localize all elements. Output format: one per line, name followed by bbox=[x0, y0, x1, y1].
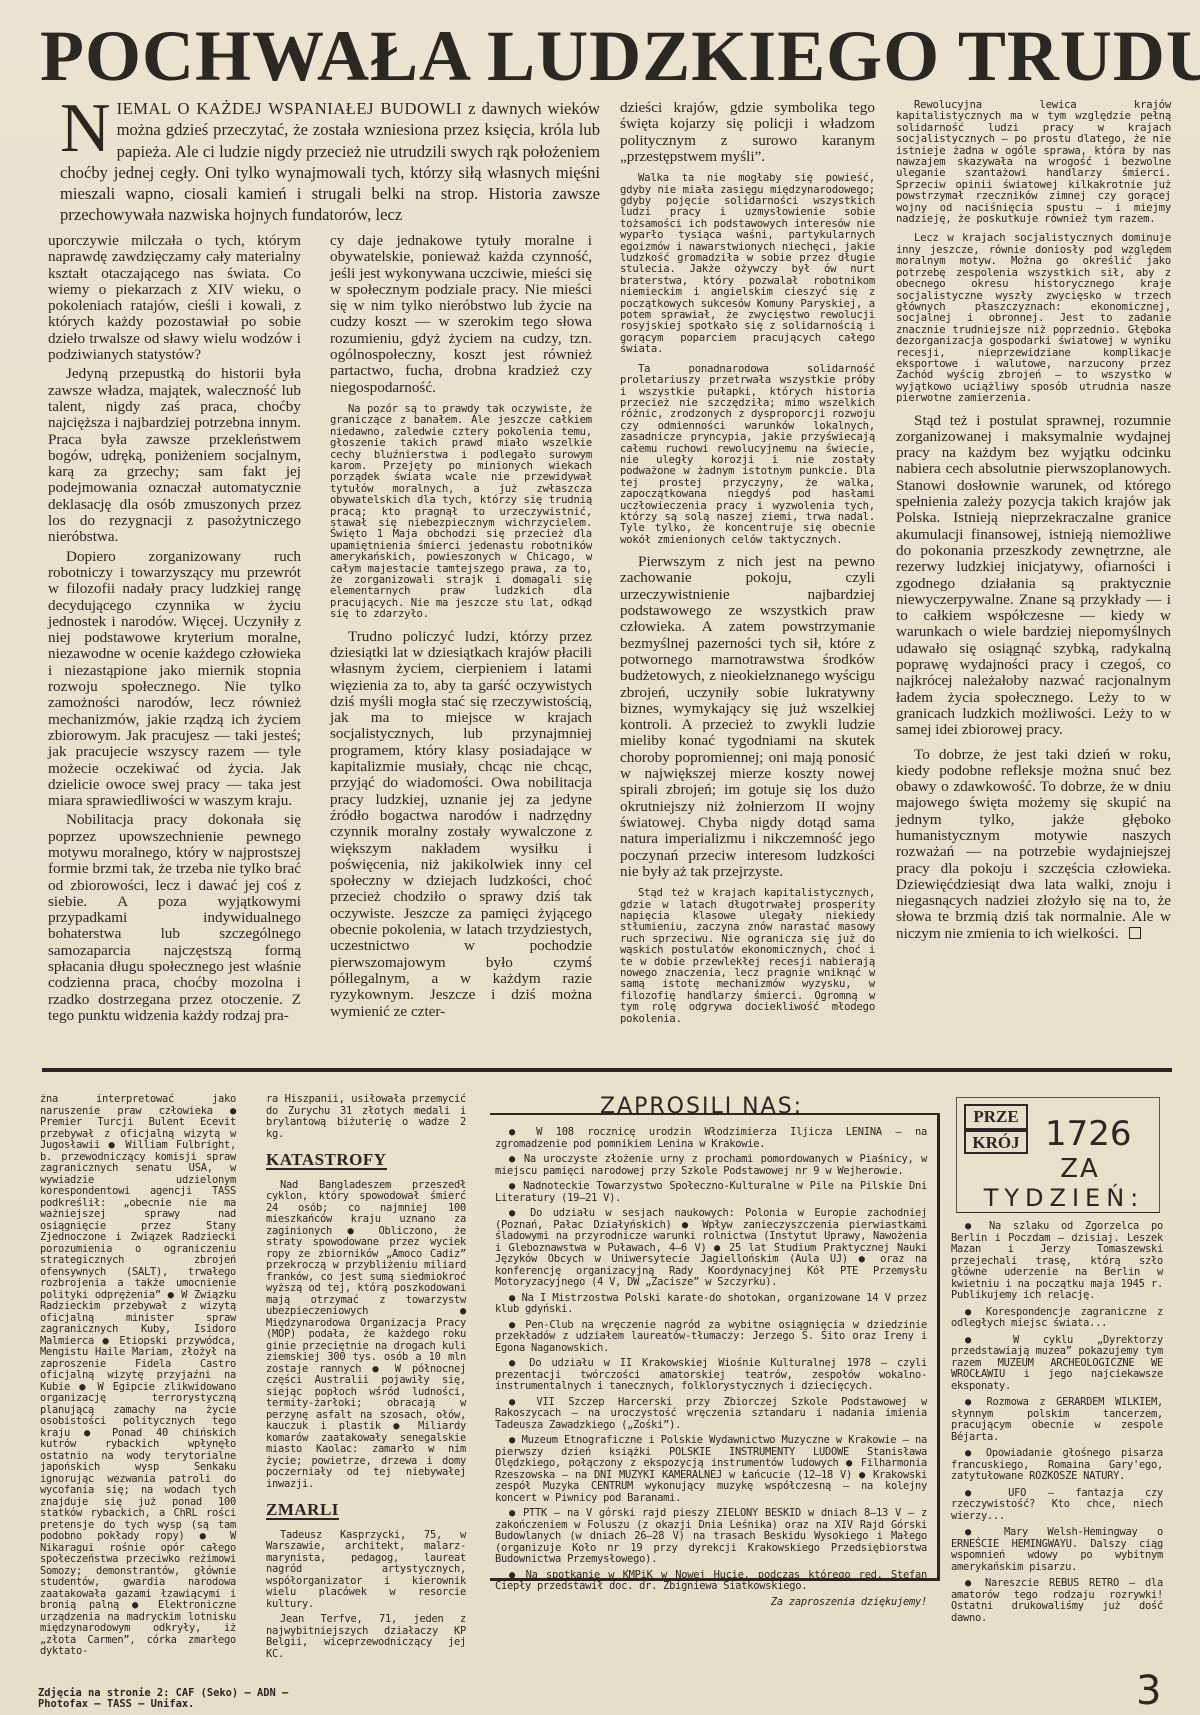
next-issue-item: ● Mary Welsh-Hemingway o ERNEŚCIE HEMING… bbox=[951, 1527, 1163, 1573]
invitation-item: ● Muzeum Etnograficzne i Polskie Wydawni… bbox=[495, 1435, 927, 1504]
news-text-continued: ra Hiszpanii, usiłowała przemycić do Zur… bbox=[266, 1094, 466, 1140]
next-issue-item: ● Nareszcie REBUS RETRO — dla amatorów t… bbox=[951, 1578, 1163, 1624]
article-lead: NIEMAL O KAŻDEJ WSPANIAŁEJ BUDOWLI z daw… bbox=[60, 98, 600, 226]
paragraph: Pierwszym z nich jest na pewno zachowani… bbox=[620, 554, 875, 880]
paragraph: Dopiero zorganizowany ruch robotniczy i … bbox=[48, 549, 301, 810]
article-column-3: dzieści krajów, gdzie symbolika tego świ… bbox=[620, 100, 875, 1028]
paragraph: uporczywie milczała o tych, którym napra… bbox=[48, 233, 301, 363]
paragraph-small: Lecz w krajach socjalistycznych dominuje… bbox=[896, 233, 1171, 404]
drop-cap: N bbox=[60, 100, 111, 158]
invitation-item: ● VII Szczep Harcerski przy Zbiorczej Sz… bbox=[495, 1397, 927, 1432]
invitation-item: ● Na I Mistrzostwa Polski karate-do shot… bbox=[495, 1293, 927, 1316]
article-column-4: Rewolucyjna lewica krajów kapitalistyczn… bbox=[896, 100, 1171, 945]
closing-paragraph: To dobrze, że jest taki dzień w roku, ki… bbox=[896, 746, 1171, 942]
invitations-thanks: Za zaproszenia dziękujemy! bbox=[495, 1597, 927, 1609]
next-issue-item: ● Rozmowa z GERARDEM WILKIEM, słynnym po… bbox=[951, 1397, 1163, 1443]
section-divider bbox=[42, 1068, 1172, 1072]
invitation-item: ● Do udziału w II Krakowskiej Wiośnie Ku… bbox=[495, 1358, 927, 1393]
paragraph: To dobrze, że jest taki dzień w roku, ki… bbox=[896, 747, 1171, 943]
next-issue-list: ● Na szlaku od Zgorzelca po Berlin i Poc… bbox=[951, 1221, 1163, 1629]
logo-bottom: KRÓJ bbox=[966, 1132, 1026, 1154]
news-column-2: ra Hiszpanii, usiłowała przemycić do Zur… bbox=[266, 1094, 466, 1664]
issue-number: 1726 bbox=[1045, 1114, 1132, 1154]
paragraph-small: Stąd też w krajach kapitalistycznych, gd… bbox=[620, 888, 875, 1025]
paragraph: cy daje jednakowe tytuły moralne i obywa… bbox=[330, 233, 592, 396]
next-issue-item: ● Opowiadanie głośnego pisarza francuski… bbox=[951, 1448, 1163, 1483]
invitation-item: ● W 108 rocznicę urodzin Włodzimierza Il… bbox=[495, 1127, 927, 1150]
paragraph-small: Na pozór są to prawdy tak oczywiste, że … bbox=[330, 404, 592, 621]
article-headline: POCHWAŁA LUDZKIEGO TRUDU bbox=[40, 20, 1170, 92]
end-mark-icon bbox=[1129, 927, 1141, 939]
paragraph-small: Walka ta nie mogłaby się powieść, gdyby … bbox=[620, 173, 875, 356]
paragraph: Trudno policzyć ludzi, którzy przez dzie… bbox=[330, 629, 592, 1020]
paragraph: Stąd też i postulat sprawnej, rozumnie z… bbox=[896, 413, 1171, 739]
newspaper-page: POCHWAŁA LUDZKIEGO TRUDU NIEMAL O KAŻDEJ… bbox=[0, 0, 1200, 1715]
paragraph-small: Ta ponadnarodowa solidarność proletarius… bbox=[620, 364, 875, 547]
przekroj-logo: PRZE KRÓJ bbox=[964, 1104, 1028, 1154]
next-issue-item: ● Na szlaku od Zgorzelca po Berlin i Poc… bbox=[951, 1221, 1163, 1302]
page-number: 3 bbox=[1136, 1668, 1161, 1714]
next-issue-za: ZA bbox=[1040, 1154, 1120, 1184]
invitation-item: ● Na uroczyste złożenie urny z prochami … bbox=[495, 1154, 927, 1177]
lead-smallcaps: IEMAL O KAŻDEJ WSPANIAŁEJ BUDOWLI bbox=[117, 99, 463, 118]
paragraph-small: Rewolucyjna lewica krajów kapitalistyczn… bbox=[896, 100, 1171, 225]
logo-top: PRZE bbox=[966, 1106, 1026, 1128]
photo-credits: Zdjęcia na stronie 2: CAF (Seko) — ADN —… bbox=[38, 1688, 298, 1710]
section-title-zmarli: ZMARLI bbox=[266, 1504, 339, 1520]
article-column-1: uporczywie milczała o tych, którym napra… bbox=[48, 233, 301, 1027]
obituary-entry: Tadeusz Kasprzycki, 75, w Warszawie, arc… bbox=[266, 1530, 466, 1611]
invitation-item: ● Do udziału w sesjach naukowych: Poloni… bbox=[495, 1208, 927, 1289]
invitation-item: ● Pen-Club na wręczenie nagród za wybitn… bbox=[495, 1320, 927, 1355]
news-text: żna interpretować jako naruszenie praw c… bbox=[40, 1094, 236, 1658]
paragraph: Jedyną przepustką do historii była zawsz… bbox=[48, 366, 301, 545]
obituary-entry: Jean Terfve, 71, jeden z najwybitniejszy… bbox=[266, 1614, 466, 1660]
next-issue-item: ● Korespondencje zagraniczne z odległych… bbox=[951, 1307, 1163, 1330]
paragraph: dzieści krajów, gdzie symbolika tego świ… bbox=[620, 100, 875, 165]
article-column-2: cy daje jednakowe tytuły moralne i obywa… bbox=[330, 233, 592, 1023]
invitations-title: ZAPROSILI NAS: bbox=[600, 1094, 803, 1119]
invitations-list: ● W 108 rocznicę urodzin Włodzimierza Il… bbox=[495, 1127, 927, 1608]
news-column: żna interpretować jako naruszenie praw c… bbox=[40, 1094, 236, 1658]
next-issue-tydzien: TYDZIEŃ: bbox=[964, 1184, 1164, 1212]
section-title-katastrofy: KATASTROFY bbox=[266, 1154, 387, 1170]
katastrofy-text: Nad Bangladeszem przeszedł cyklon, który… bbox=[266, 1180, 466, 1491]
invitation-item: ● PTTK — na V górski rajd pieszy ZIELONY… bbox=[495, 1508, 927, 1566]
invitation-item: ● Na spotkanie w KMPiK w Nowej Hucie, po… bbox=[495, 1570, 927, 1593]
next-issue-item: ● W cyklu „Dyrektorzy przedstawiają muze… bbox=[951, 1335, 1163, 1393]
paragraph: Nobilitacja pracy dokonała się poprzez u… bbox=[48, 812, 301, 1024]
next-issue-item: ● UFO — fantazja czy rzeczywistość? Kto … bbox=[951, 1488, 1163, 1523]
invitation-item: ● Nadnoteckie Towarzystwo Społeczno-Kult… bbox=[495, 1181, 927, 1204]
